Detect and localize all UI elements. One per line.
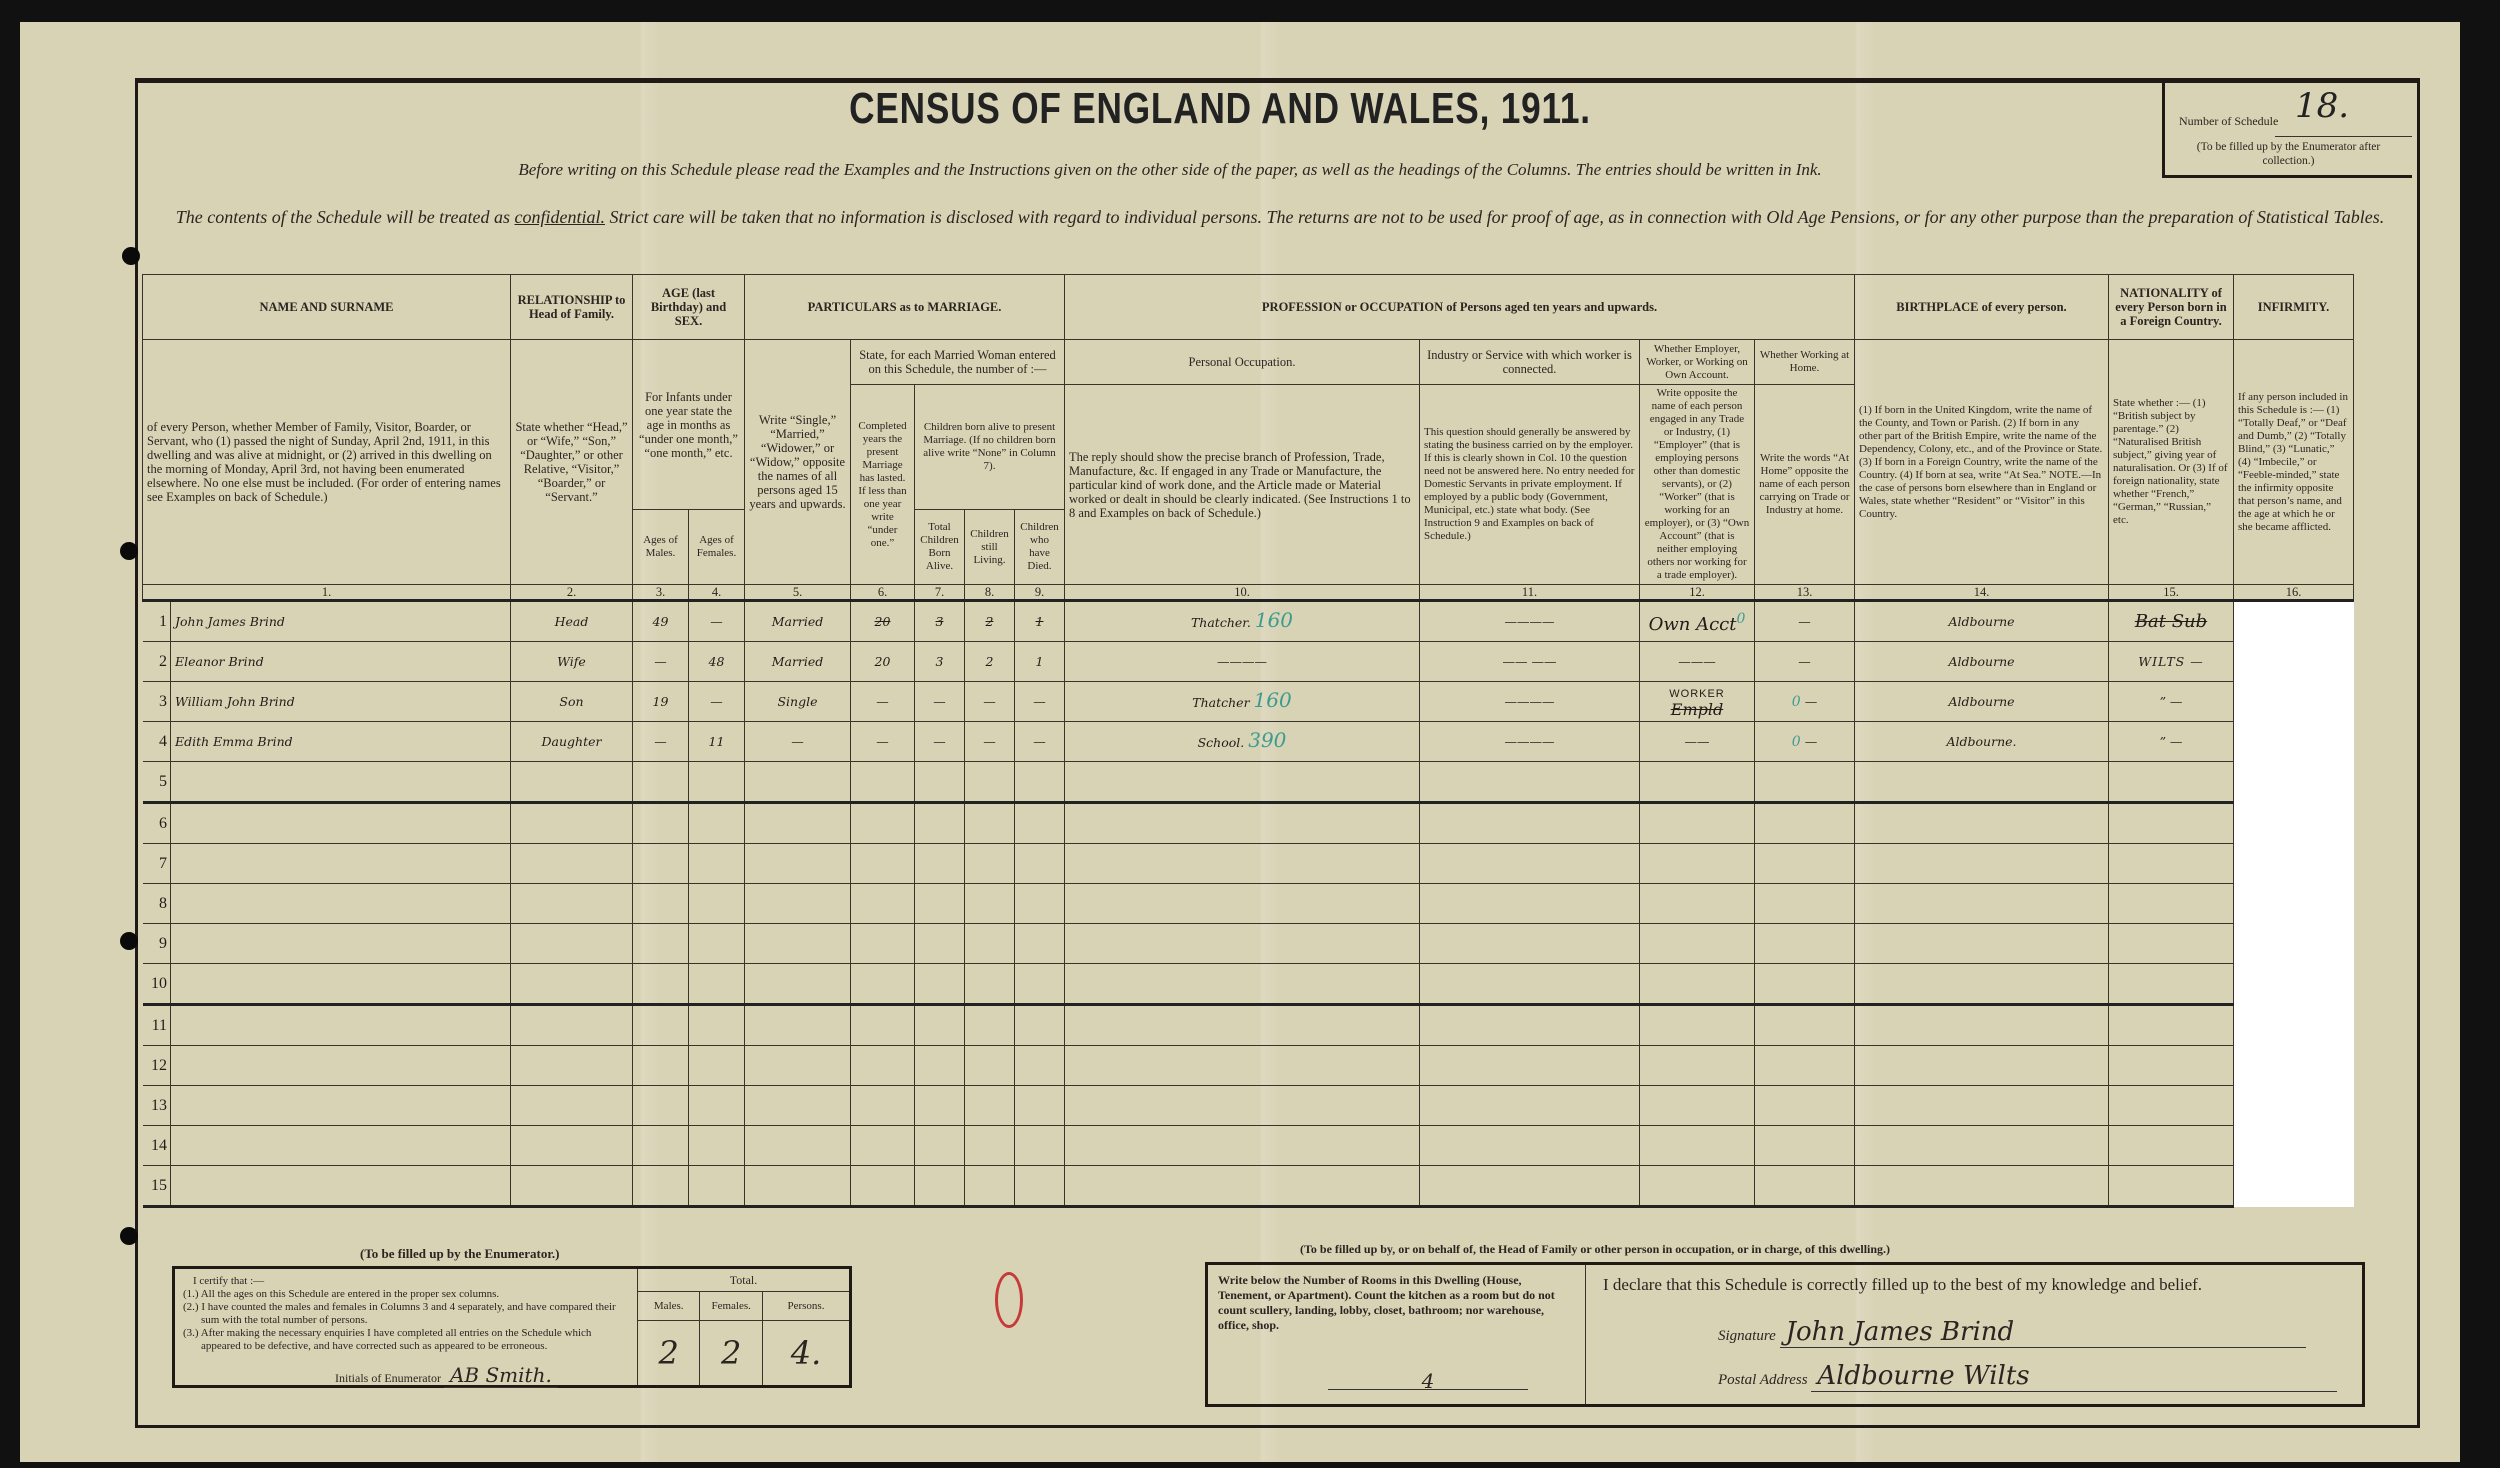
schedule-number-note: (To be filled up by the Enumerator after… bbox=[2173, 140, 2404, 168]
relationship[interactable]: Son bbox=[511, 682, 633, 722]
working-at-home[interactable]: 0 — bbox=[1755, 722, 1855, 762]
certify-item: (2.) I have counted the males and female… bbox=[183, 1301, 623, 1327]
person-name[interactable]: Edith Emma Brind bbox=[171, 722, 511, 762]
punch-hole bbox=[120, 542, 138, 560]
marital-status[interactable]: — bbox=[745, 722, 851, 762]
address-line: Postal Address Aldbourne Wilts bbox=[1718, 1361, 2337, 1392]
males-label: Males. bbox=[638, 1292, 700, 1320]
age-male[interactable]: — bbox=[633, 642, 689, 682]
working-at-home[interactable]: — bbox=[1755, 642, 1855, 682]
home-mark: 0 bbox=[1792, 694, 1801, 710]
row-number: 5 bbox=[143, 762, 171, 803]
table-row-empty: 12 bbox=[143, 1046, 2354, 1086]
years-married[interactable]: 20 bbox=[851, 601, 915, 642]
row-number: 4 bbox=[143, 722, 171, 762]
employment-status[interactable]: Own Acct0 bbox=[1640, 601, 1755, 642]
row-number: 3 bbox=[143, 682, 171, 722]
rooms-section: Write below the Number of Rooms in this … bbox=[1208, 1265, 1586, 1404]
table-row-empty: 10 bbox=[143, 964, 2354, 1005]
row-number: 13 bbox=[143, 1086, 171, 1126]
person-name[interactable] bbox=[171, 844, 511, 884]
head-section-title: (To be filled up by, or on behalf of, th… bbox=[1300, 1242, 1890, 1257]
age-female[interactable]: 11 bbox=[689, 722, 745, 762]
person-name[interactable] bbox=[171, 762, 511, 803]
years-married[interactable]: — bbox=[851, 682, 915, 722]
occupation[interactable]: Thatcher 160 bbox=[1065, 682, 1420, 722]
form-subtitle: Before writing on this Schedule please r… bbox=[220, 160, 2120, 180]
person-name[interactable]: William John Brind bbox=[171, 682, 511, 722]
birthplace[interactable]: Aldbourne bbox=[1855, 642, 2109, 682]
person-name[interactable] bbox=[171, 1005, 511, 1046]
persons-total[interactable]: 4. bbox=[763, 1321, 849, 1385]
household-table: NAME AND SURNAME RELATIONSHIP to Head of… bbox=[142, 274, 2354, 1208]
row-number: 7 bbox=[143, 844, 171, 884]
header-home: Whether Working at Home. bbox=[1755, 340, 1855, 385]
punch-hole bbox=[120, 932, 138, 950]
table-row-empty: 5 bbox=[143, 762, 2354, 803]
children-total[interactable]: 3 bbox=[915, 601, 965, 642]
red-zero-mark bbox=[995, 1272, 1023, 1328]
children-died[interactable]: — bbox=[1015, 682, 1065, 722]
relationship[interactable]: Daughter bbox=[511, 722, 633, 762]
header-males: Ages of Males. bbox=[633, 510, 689, 585]
table-row: 2 Eleanor Brind Wife — 48 Married 20 3 2… bbox=[143, 642, 2354, 682]
age-female[interactable]: — bbox=[689, 601, 745, 642]
age-male[interactable]: 49 bbox=[633, 601, 689, 642]
table-row-empty: 15 bbox=[143, 1166, 2354, 1207]
schedule-number-value: 18. bbox=[2295, 86, 2349, 126]
employment-mark: 0 bbox=[1736, 611, 1745, 627]
instr-children: Children born alive to present Marriage.… bbox=[915, 385, 1065, 510]
instr-employer: Write opposite the name of each person e… bbox=[1640, 385, 1755, 585]
table-row-empty: 8 bbox=[143, 884, 2354, 924]
confidentiality-notice: The contents of the Schedule will be tre… bbox=[155, 204, 2405, 230]
col-num-3: 3. bbox=[633, 585, 689, 601]
census-schedule-paper: CENSUS OF ENGLAND AND WALES, 1911. Befor… bbox=[20, 22, 2460, 1462]
col-num-16: 16. bbox=[2234, 585, 2354, 601]
schedule-number-line bbox=[2275, 136, 2412, 137]
nationality[interactable]: ” — bbox=[2109, 722, 2234, 762]
home-mark: 0 bbox=[1792, 734, 1801, 750]
declaration-text: I declare that this Schedule is correctl… bbox=[1603, 1275, 2202, 1295]
enumerator-initials: Initials of Enumerator AB Smith. bbox=[335, 1363, 558, 1387]
instr-infirmity: If any person included in this Schedule … bbox=[2234, 340, 2354, 585]
row-number: 9 bbox=[143, 924, 171, 964]
header-occupation: PROFESSION or OCCUPATION of Persons aged… bbox=[1065, 275, 1855, 340]
infirmity-redacted bbox=[2234, 642, 2354, 682]
person-name[interactable] bbox=[171, 1166, 511, 1207]
working-at-home[interactable]: — bbox=[1755, 601, 1855, 642]
confidential-word: confidential. bbox=[515, 207, 605, 227]
enumerator-section-title: (To be filled up by the Enumerator.) bbox=[360, 1246, 559, 1262]
header-nationality: NATIONALITY of every Person born in a Fo… bbox=[2109, 275, 2234, 340]
nationality[interactable]: ” — bbox=[2109, 682, 2234, 722]
punch-hole bbox=[122, 247, 140, 265]
industry[interactable]: ———— bbox=[1420, 601, 1640, 642]
working-at-home[interactable]: 0 — bbox=[1755, 682, 1855, 722]
instr-birthplace: (1) If born in the United Kingdom, write… bbox=[1855, 340, 2109, 585]
instr-years-married: Completed years the present Marriage has… bbox=[851, 385, 915, 585]
certify-item: (1.) All the ages on this Schedule are e… bbox=[183, 1288, 623, 1301]
occupation-code: 390 bbox=[1248, 728, 1286, 752]
person-name[interactable]: Eleanor Brind bbox=[171, 642, 511, 682]
occupation[interactable]: School. 390 bbox=[1065, 722, 1420, 762]
industry[interactable]: ———— bbox=[1420, 682, 1640, 722]
children-total[interactable]: — bbox=[915, 682, 965, 722]
header-name: NAME AND SURNAME bbox=[143, 275, 511, 340]
row-number: 8 bbox=[143, 884, 171, 924]
employment-status[interactable]: —— bbox=[1640, 722, 1755, 762]
nationality[interactable]: WILTS — bbox=[2109, 642, 2234, 682]
instr-married-woman: State, for each Married Woman entered on… bbox=[851, 340, 1065, 385]
table-row: 4 Edith Emma Brind Daughter — 11 — — — —… bbox=[143, 722, 2354, 762]
header-total-children: Total Children Born Alive. bbox=[915, 510, 965, 585]
instr-nationality: State whether :— (1) “British subject by… bbox=[2109, 340, 2234, 585]
infirmity-redacted bbox=[2234, 682, 2354, 722]
years-married[interactable]: — bbox=[851, 722, 915, 762]
col-num-12: 12. bbox=[1640, 585, 1755, 601]
person-name[interactable] bbox=[171, 924, 511, 964]
occupation-code: 160 bbox=[1254, 688, 1292, 712]
header-children-died: Children who have Died. bbox=[1015, 510, 1065, 585]
instr-relationship: State whether “Head,” or “Wife,” “Son,” … bbox=[511, 340, 633, 585]
children-living[interactable]: — bbox=[965, 682, 1015, 722]
persons-label: Persons. bbox=[763, 1292, 849, 1320]
age-female[interactable]: 48 bbox=[689, 642, 745, 682]
header-personal-occupation: Personal Occupation. bbox=[1065, 340, 1420, 385]
table-row-empty: 11 bbox=[143, 1005, 2354, 1046]
person-name[interactable] bbox=[171, 1046, 511, 1086]
header-industry: Industry or Service with which worker is… bbox=[1420, 340, 1640, 385]
punch-hole bbox=[120, 1227, 138, 1245]
header-birthplace: BIRTHPLACE of every person. bbox=[1855, 275, 2109, 340]
marital-status[interactable]: Married bbox=[745, 601, 851, 642]
postal-address-value[interactable]: Aldbourne Wilts bbox=[1811, 1361, 2337, 1392]
col-num-7: 7. bbox=[915, 585, 965, 601]
occupation[interactable]: Thatcher. 160 bbox=[1065, 601, 1420, 642]
females-label: Females. bbox=[700, 1292, 762, 1320]
males-total[interactable]: 2 bbox=[638, 1321, 700, 1385]
age-female[interactable]: — bbox=[689, 682, 745, 722]
instr-name: of every Person, whether Member of Famil… bbox=[143, 340, 511, 585]
children-died[interactable]: — bbox=[1015, 722, 1065, 762]
table-row-empty: 7 bbox=[143, 844, 2354, 884]
schedule-number-label: Number of Schedule bbox=[2179, 114, 2278, 129]
header-employer: Whether Employer, Worker, or Working on … bbox=[1640, 340, 1755, 385]
industry[interactable]: ———— bbox=[1420, 722, 1640, 762]
signature-line: Signature John James Brind bbox=[1718, 1317, 2306, 1348]
col-num-5: 5. bbox=[745, 585, 851, 601]
years-married[interactable]: 20 bbox=[851, 642, 915, 682]
col-num-10: 10. bbox=[1065, 585, 1420, 601]
certify-item: (3.) After making the necessary enquirie… bbox=[183, 1327, 623, 1353]
form-title: CENSUS OF ENGLAND AND WALES, 1911. bbox=[820, 84, 1620, 134]
infirmity-redacted bbox=[2234, 601, 2354, 642]
col-num-8: 8. bbox=[965, 585, 1015, 601]
children-total[interactable]: — bbox=[915, 722, 965, 762]
relationship[interactable]: Head bbox=[511, 601, 633, 642]
enumerator-initials-value[interactable]: AB Smith. bbox=[444, 1363, 558, 1388]
table-row-empty: 9 bbox=[143, 924, 2354, 964]
totals-box: Total. Males. Females. Persons. 2 2 4. bbox=[637, 1269, 849, 1385]
industry[interactable]: —— —— bbox=[1420, 642, 1640, 682]
row-number: 14 bbox=[143, 1126, 171, 1166]
enumerator-certification: I certify that :— (1.) All the ages on t… bbox=[183, 1275, 623, 1353]
children-living[interactable]: — bbox=[965, 722, 1015, 762]
age-male[interactable]: — bbox=[633, 722, 689, 762]
employment-status[interactable]: WORKEREmpld bbox=[1640, 682, 1755, 722]
children-total[interactable]: 3 bbox=[915, 642, 965, 682]
header-females: Ages of Females. bbox=[689, 510, 745, 585]
person-name[interactable] bbox=[171, 1126, 511, 1166]
employment-status[interactable]: ——— bbox=[1640, 642, 1755, 682]
table-row: 3 William John Brind Son 19 — Single — —… bbox=[143, 682, 2354, 722]
children-living[interactable]: 2 bbox=[965, 642, 1015, 682]
head-declaration-box: Write below the Number of Rooms in this … bbox=[1205, 1262, 2365, 1407]
row-number: 12 bbox=[143, 1046, 171, 1086]
header-marriage: PARTICULARS as to MARRIAGE. bbox=[745, 275, 1065, 340]
person-name[interactable] bbox=[171, 964, 511, 1005]
schedule-number-box: Number of Schedule 18. (To be filled up … bbox=[2162, 78, 2412, 178]
row-number: 15 bbox=[143, 1166, 171, 1207]
table-row-empty: 6 bbox=[143, 803, 2354, 844]
occupation-code: 160 bbox=[1255, 608, 1293, 632]
signature-value[interactable]: John James Brind bbox=[1780, 1317, 2306, 1348]
person-name[interactable] bbox=[171, 803, 511, 844]
col-num-14: 14. bbox=[1855, 585, 2109, 601]
females-total[interactable]: 2 bbox=[700, 1321, 762, 1385]
person-name[interactable]: John James Brind bbox=[171, 601, 511, 642]
marital-status[interactable]: Married bbox=[745, 642, 851, 682]
instr-home: Write the words “At Home” opposite the n… bbox=[1755, 385, 1855, 585]
instr-personal-occupation: The reply should show the precise branch… bbox=[1065, 385, 1420, 585]
person-name[interactable] bbox=[171, 884, 511, 924]
header-infirmity: INFIRMITY. bbox=[2234, 275, 2354, 340]
col-num-6: 6. bbox=[851, 585, 915, 601]
row-number: 6 bbox=[143, 803, 171, 844]
table-row-empty: 14 bbox=[143, 1126, 2354, 1166]
occupation[interactable]: ———— bbox=[1065, 642, 1420, 682]
col-num-11: 11. bbox=[1420, 585, 1640, 601]
rooms-count[interactable]: 4 bbox=[1328, 1374, 1528, 1390]
col-num-9: 9. bbox=[1015, 585, 1065, 601]
marital-status[interactable]: Single bbox=[745, 682, 851, 722]
person-name[interactable] bbox=[171, 1086, 511, 1126]
children-died[interactable]: 1 bbox=[1015, 601, 1065, 642]
relationship[interactable]: Wife bbox=[511, 642, 633, 682]
header-age: AGE (last Birthday) and SEX. bbox=[633, 275, 745, 340]
header-relationship: RELATIONSHIP to Head of Family. bbox=[511, 275, 633, 340]
col-num-13: 13. bbox=[1755, 585, 1855, 601]
table-row-empty: 13 bbox=[143, 1086, 2354, 1126]
instr-marriage: Write “Single,” “Married,” “Widower,” or… bbox=[745, 340, 851, 585]
nationality[interactable]: Bat Sub bbox=[2109, 601, 2234, 642]
enumerator-box: I certify that :— (1.) All the ages on t… bbox=[172, 1266, 852, 1388]
birthplace[interactable]: Aldbourne bbox=[1855, 682, 2109, 722]
birthplace[interactable]: Aldbourne bbox=[1855, 601, 2109, 642]
header-children-living: Children still Living. bbox=[965, 510, 1015, 585]
row-number: 10 bbox=[143, 964, 171, 1005]
age-male[interactable]: 19 bbox=[633, 682, 689, 722]
instr-industry: This question should generally be answer… bbox=[1420, 385, 1640, 585]
row-number: 1 bbox=[143, 601, 171, 642]
table-row: 1 John James Brind Head 49 — Married 20 … bbox=[143, 601, 2354, 642]
instr-age: For Infants under one year state the age… bbox=[633, 340, 745, 510]
col-num-2: 2. bbox=[511, 585, 633, 601]
col-num-15: 15. bbox=[2109, 585, 2234, 601]
infirmity-redacted bbox=[2234, 722, 2354, 762]
row-number: 2 bbox=[143, 642, 171, 682]
children-living[interactable]: 2 bbox=[965, 601, 1015, 642]
children-died[interactable]: 1 bbox=[1015, 642, 1065, 682]
birthplace[interactable]: Aldbourne. bbox=[1855, 722, 2109, 762]
row-number: 11 bbox=[143, 1005, 171, 1046]
col-num-1: 1. bbox=[143, 585, 511, 601]
col-num-4: 4. bbox=[689, 585, 745, 601]
